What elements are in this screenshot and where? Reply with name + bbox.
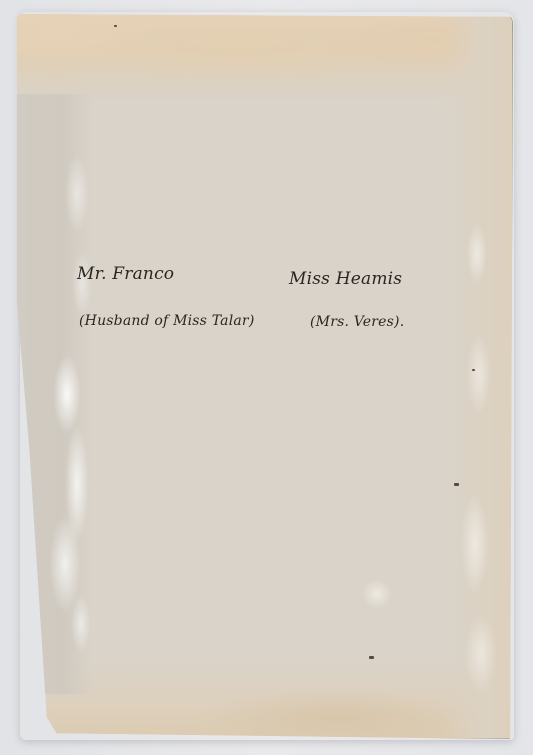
- light-spot: [362, 579, 392, 609]
- ink-speck: [369, 656, 374, 659]
- ink-speck: [114, 25, 117, 27]
- photo-background: Mr. Franco (Husband of Miss Talar) Miss …: [0, 0, 533, 755]
- card-back: Mr. Franco (Husband of Miss Talar) Miss …: [17, 14, 513, 739]
- inscription-left-note: (Husband of Miss Talar): [79, 313, 254, 329]
- flaking-right: [457, 214, 497, 694]
- glossy-residue-lower: [47, 354, 93, 654]
- glossy-residue-upper: [57, 134, 97, 334]
- inscription-right-note: (Mrs. Veres).: [310, 314, 404, 330]
- inscription-right-name: Miss Heamis: [289, 269, 402, 289]
- inscription-left-name: Mr. Franco: [77, 264, 174, 284]
- ink-speck: [454, 483, 459, 486]
- weathered-top-edge: [17, 14, 512, 104]
- ink-speck: [472, 369, 475, 371]
